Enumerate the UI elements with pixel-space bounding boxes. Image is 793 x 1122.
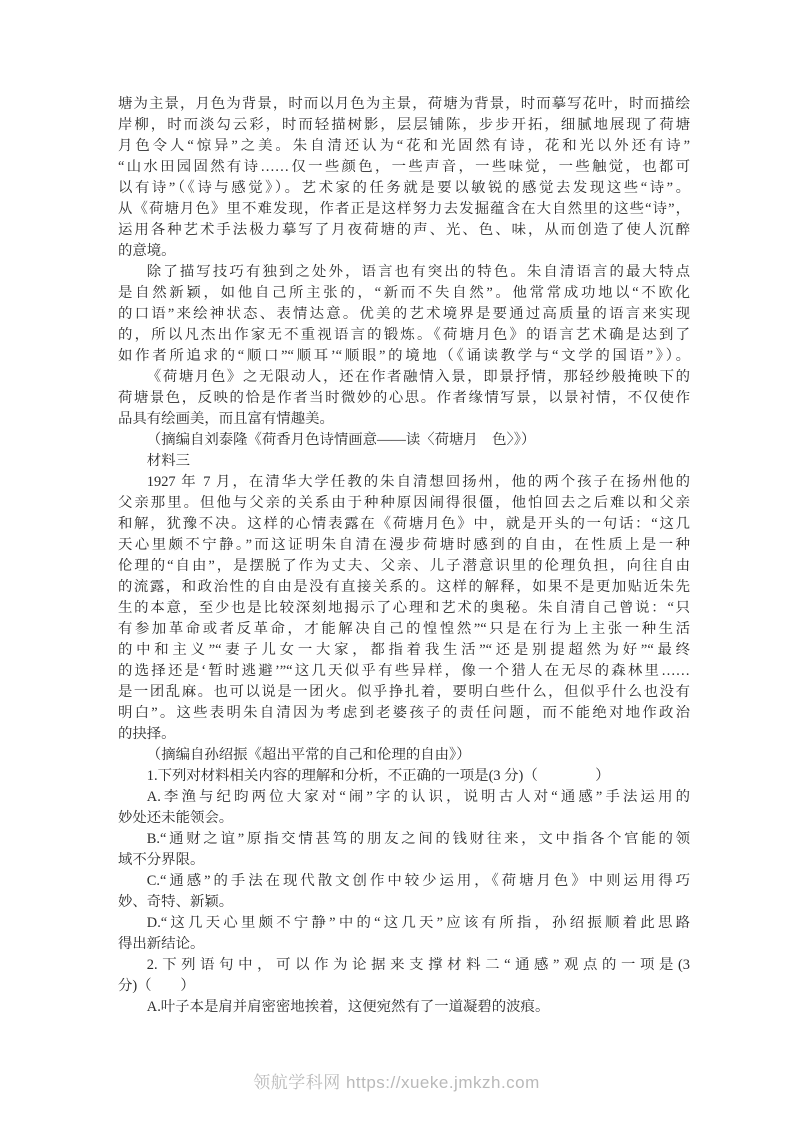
text-line: 以有诗”（《诗与感觉》）。艺术家的任务就是要以敏锐的感觉去发现这些“诗”。 (118, 178, 690, 199)
watermark: 领航学科网 https://xueke.jmkzh.com (0, 1068, 793, 1093)
text-line: 明白”。这些表明朱自清因为考虑到老婆孩子的责任问题，而不能绝对地作政治 (118, 703, 690, 724)
text-line: 域不分界限。 (118, 850, 690, 871)
text-line: 2.下列语句中，可以作为论据来支撑材料二“通感”观点的一项是(3 (118, 955, 690, 976)
text-line: 的，所以凡杰出作家无不重视语言的锻炼。《荷塘月色》的语言艺术确是达到了 (118, 325, 690, 346)
text-line: 是自然新颖，如他自己所主张的，“新而不失自然”。他常常成功地以“不欧化 (118, 283, 690, 304)
text-line: 岸柳，时而淡勾云彩，时而轻描树影，层层铺陈，步步开拓，细腻地展现了荷塘 (118, 115, 690, 136)
text-line: 的口语”来绘神状态、表情达意。优美的艺术境界是要通过高质量的语言来实现 (118, 304, 690, 325)
text-line: 分)（ ） (118, 976, 690, 997)
watermark-url: https://xueke.jmkzh.com (346, 1073, 540, 1092)
text-line: 如作者所追求的“顺口”“顺耳’“顺眼”的境地（《诵读教学与“文学的国语”》）。 (118, 346, 690, 367)
text-line: 的抉择。 (118, 724, 690, 745)
text-line: 是一团乱麻。也可以说是一团火。似乎挣扎着，要明白些什么，但似乎什么也没有 (118, 682, 690, 703)
text-line: 妙、奇特、新颖。 (118, 892, 690, 913)
text-line: D.“这几天心里颇不宁静”中的“这几天”应该有所指，孙绍振顺着此思路 (118, 913, 690, 934)
text-line: 父亲那里。但他与父亲的关系由于种种原因闹得很僵，他怕回去之后难以和父亲 (118, 493, 690, 514)
text-line: 1927 年 7 月，在清华大学任教的朱自清想回扬州，他的两个孩子在扬州他的 (118, 472, 690, 493)
text-line: 的意境。 (118, 241, 690, 262)
text-line: B.“通财之谊”原指交情甚笃的朋友之间的钱财往来，文中指各个官能的领 (118, 829, 690, 850)
text-line: 材料三 (118, 451, 690, 472)
text-line: （摘编自孙绍振《超出平常的自己和伦理的自由》） (118, 745, 690, 766)
document-lines: 塘为主景，月色为背景，时而以月色为主景，荷塘为背景，时而摹写花叶，时而描绘岸柳，… (118, 94, 690, 1018)
text-line: 除了描写技巧有独到之处外，语言也有突出的特色。朱自清语言的最大特点 (118, 262, 690, 283)
text-line: 生的本意，至少也是比较深刻地揭示了心理和艺术的奥秘。朱自清自己曾说：“只 (118, 598, 690, 619)
text-line: 《荷塘月色》之无限动人，还在作者融情入景，即景抒情，那轻纱般掩映下的 (118, 367, 690, 388)
text-line: 天心里颇不宁静。”而这证明朱自清在漫步荷塘时感到的自由，在性质上是一种 (118, 535, 690, 556)
exam-document-page: 塘为主景，月色为背景，时而以月色为主景，荷塘为背景，时而摹写花叶，时而描绘岸柳，… (0, 0, 793, 1122)
text-line: C.“通感”的手法在现代散文创作中较少运用，《荷塘月色》中则运用得巧 (118, 871, 690, 892)
text-line: 和解，犹豫不决。这样的心情表露在《荷塘月色》中，就是开头的一句话：“这几 (118, 514, 690, 535)
text-line: 的选择还是‘暂时逃避’”“这几天似乎有些异样，像一个猎人在无尽的森林里…… (118, 661, 690, 682)
text-line: 得出新结论。 (118, 934, 690, 955)
text-line: 伦理的“自由”，是摆脱了作为丈夫、父亲、儿子潜意识里的伦理负担，向往自由 (118, 556, 690, 577)
watermark-site-name: 领航学科网 (253, 1073, 341, 1092)
text-line: 运用各种艺术手法极力摹写了月夜荷塘的声、光、色、味，从而创造了使人沉醉 (118, 220, 690, 241)
text-line: （摘编自刘泰隆《荷香月色诗情画意——读〈荷塘月 色〉》） (118, 430, 690, 451)
text-line: 1.下列对材料相关内容的理解和分析，不正确的一项是(3 分)（ ） (118, 766, 690, 787)
text-line: 的中和主义”“妻子儿女一大家，都指着我生活”“还是别提超然为好”“最终 (118, 640, 690, 661)
text-line: 妙处还未能领会。 (118, 808, 690, 829)
text-line: 月色令人“惊异”之美。朱自清还认为“花和光固然有诗，花和光以外还有诗” (118, 136, 690, 157)
text-line: “山水田园固然有诗……仅一些颜色，一些声音，一些味觉，一些触觉，也都可 (118, 157, 690, 178)
text-line: A.李渔与纪昀两位大家对“闹”字的认识，说明古人对“通感”手法运用的 (118, 787, 690, 808)
text-line: 从《荷塘月色》里不难发现，作者正是这样努力去发掘蕴含在大自然里的这些“诗”， (118, 199, 690, 220)
text-line: A.叶子本是肩并肩密密地挨着，这便宛然有了一道凝碧的波痕。 (118, 997, 690, 1018)
text-line: 塘为主景，月色为背景，时而以月色为主景，荷塘为背景，时而摹写花叶，时而描绘 (118, 94, 690, 115)
text-line: 品具有绘画美，而且富有情趣美。 (118, 409, 690, 430)
text-line: 荷塘景色，反映的恰是作者当时微妙的心思。作者缘情写景，以景衬情，不仅使作 (118, 388, 690, 409)
text-line: 的流露，和政治性的自由是没有直接关系的。这样的解释，如果不是更加贴近朱先 (118, 577, 690, 598)
text-line: 有参加革命或者反革命，才能解决自己的惶惶然”“只是在行为上主张一种生活 (118, 619, 690, 640)
